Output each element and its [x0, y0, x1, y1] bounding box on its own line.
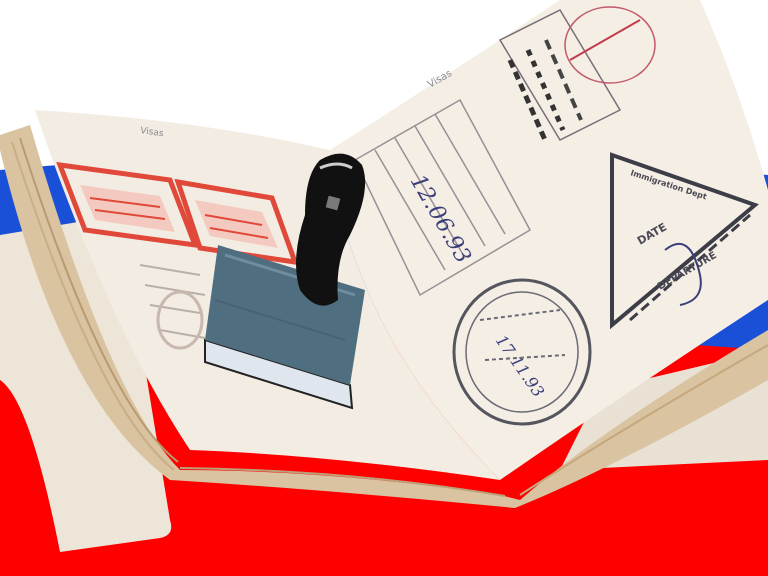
passport-photo: Visas Visas	[0, 0, 768, 576]
